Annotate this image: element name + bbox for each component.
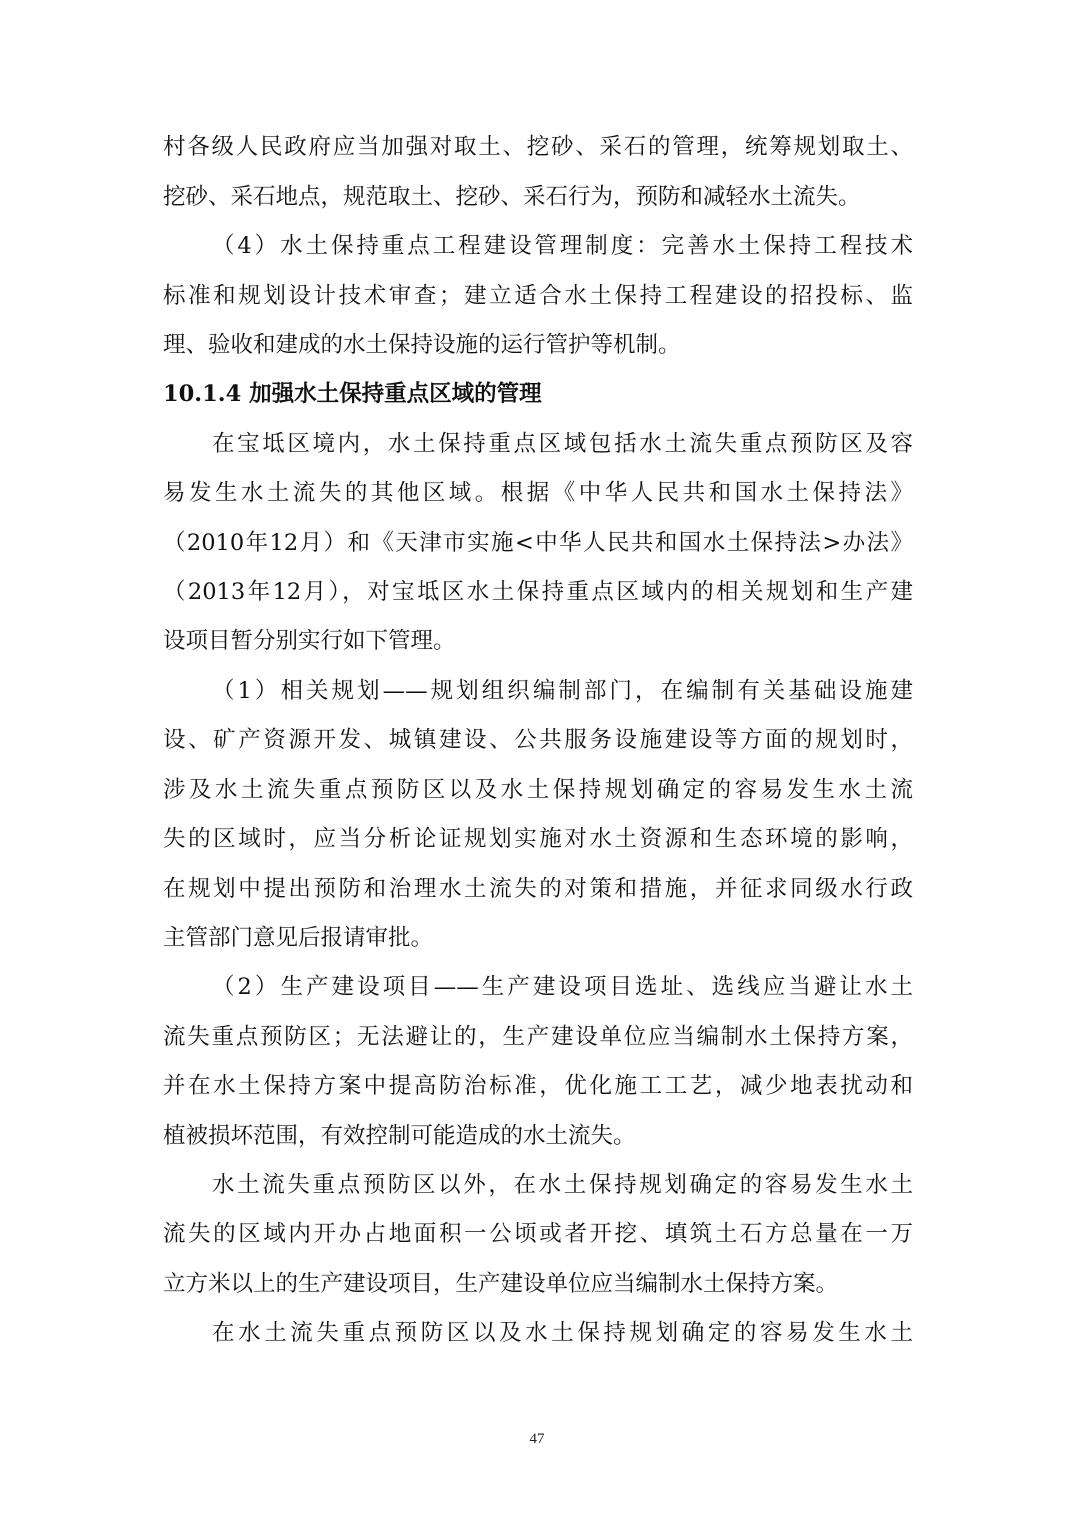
text-line: 在水土流失重点预防区以及水土保持规划确定的容易发生水土 [212,1318,913,1348]
text-line: 流失的区域内开办占地面积一公顷或者开挖、填筑土石方总量在一万 [163,1219,913,1249]
section-heading: 10.1.4 加强水土保持重点区域的管理 [163,379,542,409]
text-line: 标准和规划设计技术审查；建立适合水土保持工程建设的招投标、监 [163,281,913,311]
text-line: 设、矿产资源开发、城镇建设、公共服务设施建设等方面的规划时， [163,725,913,755]
document-page: 村各级人民政府应当加强对取土、挖砂、采石的管理，统筹规划取土、 挖砂、采石地点，… [0,0,1074,1520]
text-line: 理、验收和建成的水土保持设施的运行管护等机制。 [163,330,913,360]
text-line: 村各级人民政府应当加强对取土、挖砂、采石的管理，统筹规划取土、 [163,132,913,162]
text-line: （4）水土保持重点工程建设管理制度：完善水土保持工程技术 [212,231,913,261]
text-line: （1）相关规划——规划组织编制部门，在编制有关基础设施建 [212,676,913,706]
text-line: 设项目暂分别实行如下管理。 [163,626,913,656]
text-line: 并在水土保持方案中提高防治标准，优化施工工艺，减少地表扰动和 [163,1071,913,1101]
text-line: 在规划中提出预防和治理水土流失的对策和措施，并征求同级水行政 [163,874,913,904]
text-line: 立方米以上的生产建设项目，生产建设单位应当编制水土保持方案。 [163,1269,913,1299]
text-line: 挖砂、采石地点，规范取土、挖砂、采石行为，预防和减轻水土流失。 [163,182,913,212]
text-line: 水土流失重点预防区以外，在水土保持规划确定的容易发生水土 [212,1170,913,1200]
text-line: 在宝坻区境内，水土保持重点区域包括水土流失重点预防区及容 [212,429,913,459]
text-line: （2013年12月），对宝坻区水土保持重点区域内的相关规划和生产建 [163,577,913,607]
page-number: 47 [0,1431,1074,1448]
text-line: 失的区域时，应当分析论证规划实施对水土资源和生态环境的影响， [163,824,913,854]
text-line: 植被损坏范围，有效控制可能造成的水土流失。 [163,1121,913,1151]
text-line: （2010年12月）和《天津市实施<中华人民共和国水土保持法>办法》 [163,528,913,558]
text-line: 易发生水土流失的其他区域。根据《中华人民共和国水土保持法》 [163,478,913,508]
text-line: 主管部门意见后报请审批。 [163,923,913,953]
text-line: 流失重点预防区；无法避让的，生产建设单位应当编制水土保持方案， [163,1022,913,1052]
text-line: （2）生产建设项目——生产建设项目选址、选线应当避让水土 [212,972,913,1002]
text-line: 涉及水土流失重点预防区以及水土保持规划确定的容易发生水土流 [163,775,913,805]
